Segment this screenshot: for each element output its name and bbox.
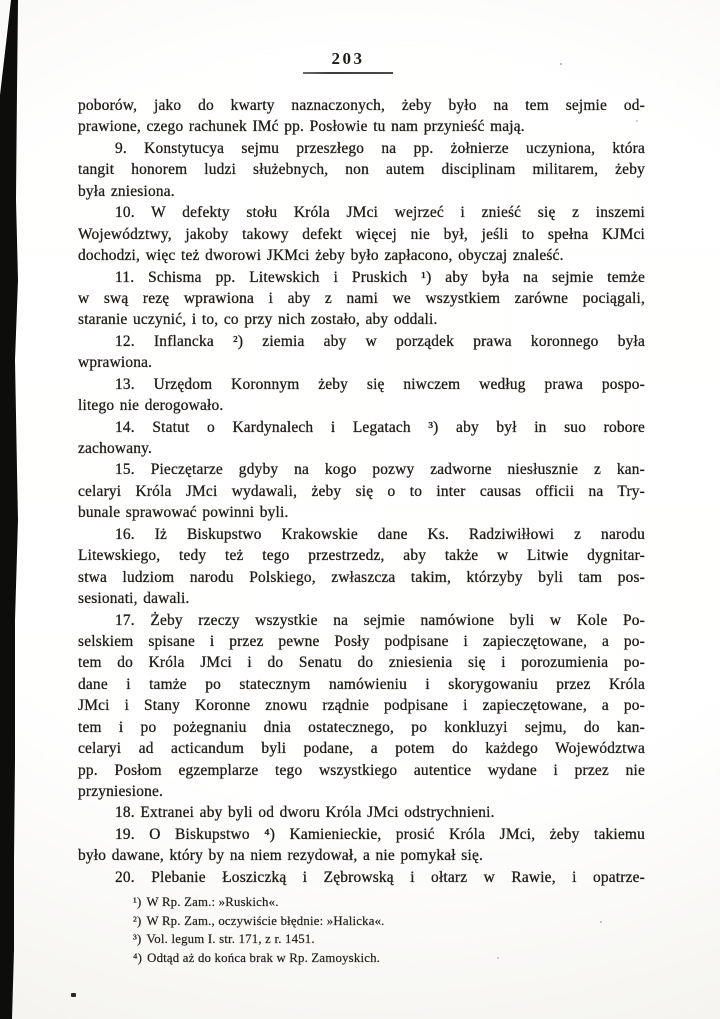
text-line: była zniesiona. [78, 181, 645, 202]
footnote-text: Odtąd aż do końca brak w Rp. Zamoyskich. [147, 951, 380, 965]
text-line: selskiem spisane i przez pewne Posły pod… [78, 631, 645, 652]
paragraph: 16. Iż Biskupstwo Krakowskie dane Ks. Ra… [78, 524, 645, 610]
footnote-marker: ⁴) [133, 951, 142, 965]
text-line: 14. Statut o Kardynalech i Legatach ³) a… [78, 417, 645, 438]
footnote-text: Vol. legum I. str. 171, z r. 1451. [147, 932, 315, 946]
paragraph: 13. Urzędom Koronnym żeby się niwczem we… [78, 374, 645, 417]
footnote: ¹)W Rp. Zam.: »Ruskich«. [133, 893, 553, 912]
text-line: 13. Urzędom Koronnym żeby się niwczem we… [78, 374, 645, 395]
text-line: tem i po pożegnaniu dnia ostatecznego, p… [78, 717, 645, 738]
text-line: prawione, czego rachunek IMć pp. Posłowi… [78, 116, 645, 137]
text-line: JMci i Stany Koronne znowu rządnie podpi… [78, 695, 645, 716]
text-line: dane i tamże po statecznym namówieniu i … [78, 674, 645, 695]
text-line: pp. Posłom egzemplarze tego wszystkiego … [78, 760, 645, 781]
paragraph: 10. W defekty stołu Króla JMci wejrzeć i… [78, 202, 645, 266]
text-line: poborów, jako do kwarty naznaczonych, że… [78, 95, 645, 116]
paragraph: 14. Statut o Kardynalech i Legatach ³) a… [78, 417, 645, 460]
paragraph: 20. Plebanie Łosziczką i Zębrowską i ołt… [78, 867, 645, 888]
text-line: 20. Plebanie Łosziczką i Zębrowską i ołt… [78, 867, 645, 888]
footnote-text: W Rp. Zam., oczywiście błędnie: »Halicka… [147, 914, 385, 928]
paragraph: 18. Extranei aby byli od dworu Króla JMc… [78, 802, 645, 823]
page-number: 203 [303, 49, 393, 69]
footnote-marker: ³) [133, 932, 142, 946]
text-block: poborów, jako do kwarty naznaczonych, że… [78, 95, 645, 888]
text-line: dochodzi, więc też dworowi JKMci żeby by… [78, 245, 645, 266]
text-line: było dawane, który by na niem rezydował,… [78, 845, 645, 866]
text-line: 17. Żeby rzeczy wszystkie na sejmie namó… [78, 610, 645, 631]
text-line: tem do Króla JMci i do Senatu do zniesie… [78, 652, 645, 673]
text-line: staranie uczynić, i to, co przy nich zos… [78, 309, 645, 330]
paragraph: poborów, jako do kwarty naznaczonych, że… [78, 95, 645, 138]
text-line: celaryi ad acticandum byli podane, a pot… [78, 738, 645, 759]
footnotes-block: ¹)W Rp. Zam.: »Ruskich«.²)W Rp. Zam., oc… [133, 893, 553, 967]
scan-speck [71, 993, 76, 997]
paragraph: 17. Żeby rzeczy wszystkie na sejmie namó… [78, 610, 645, 803]
paragraph: 12. Inflancka ²) ziemia aby w porządek p… [78, 331, 645, 374]
paragraph: 9. Konstytucya sejmu przeszłego na pp. ż… [78, 138, 645, 202]
text-line: Litewskiego, tedy też tego przestrzedz, … [78, 545, 645, 566]
scan-speck [636, 120, 638, 122]
text-line: bunale sprawować powinni byli. [78, 502, 645, 523]
text-line: sesionati, dawali. [78, 588, 645, 609]
footnote: ⁴)Odtąd aż do końca brak w Rp. Zamoyskic… [133, 949, 553, 968]
footnote-marker: ²) [133, 914, 142, 928]
text-line: tangit honorem ludzi służebnych, non aut… [78, 159, 645, 180]
footnote: ²)W Rp. Zam., oczywiście błędnie: »Halic… [133, 912, 553, 931]
text-line: 9. Konstytucya sejmu przeszłego na pp. ż… [78, 138, 645, 159]
text-line: litego nie derogowało. [78, 395, 645, 416]
paragraph: 11. Schisma pp. Litewskich i Pruskich ¹)… [78, 267, 645, 331]
text-line: 15. Pieczętarze gdyby na kogo pozwy zadw… [78, 459, 645, 480]
scan-gutter-band [0, 0, 22, 1019]
text-line: przyniesione. [78, 781, 645, 802]
text-line: 12. Inflancka ²) ziemia aby w porządek p… [78, 331, 645, 352]
scan-speck [600, 921, 602, 923]
footnote: ³)Vol. legum I. str. 171, z r. 1451. [133, 930, 553, 949]
paragraph: 19. O Biskupstwo ⁴) Kamienieckie, prosić… [78, 824, 645, 867]
text-line: w swą rezę wprawiona i aby z nami we wsz… [78, 288, 645, 309]
footnote-marker: ¹) [133, 895, 142, 909]
scanned-book-page: 203 poborów, jako do kwarty naznaczonych… [0, 0, 720, 1019]
text-line: wprawiona. [78, 352, 645, 373]
text-line: 11. Schisma pp. Litewskich i Pruskich ¹)… [78, 267, 645, 288]
text-line: Województwy, jakoby takowy defekt więcej… [78, 224, 645, 245]
page-number-rule [303, 72, 393, 74]
text-line: zachowany. [78, 438, 645, 459]
text-line: celaryi Króla JMci wydawali, żeby się o … [78, 481, 645, 502]
text-line: stwa ludziom narodu Polskiego, zwłaszcza… [78, 567, 645, 588]
footnote-text: W Rp. Zam.: »Ruskich«. [147, 895, 279, 909]
page-header: 203 [303, 49, 393, 74]
scan-speck [497, 957, 499, 959]
text-line: 19. O Biskupstwo ⁴) Kamienieckie, prosić… [78, 824, 645, 845]
text-line: 10. W defekty stołu Króla JMci wejrzeć i… [78, 202, 645, 223]
scan-speck [560, 63, 562, 65]
text-line: 16. Iż Biskupstwo Krakowskie dane Ks. Ra… [78, 524, 645, 545]
text-line: 18. Extranei aby byli od dworu Króla JMc… [78, 802, 645, 823]
paragraph: 15. Pieczętarze gdyby na kogo pozwy zadw… [78, 459, 645, 523]
